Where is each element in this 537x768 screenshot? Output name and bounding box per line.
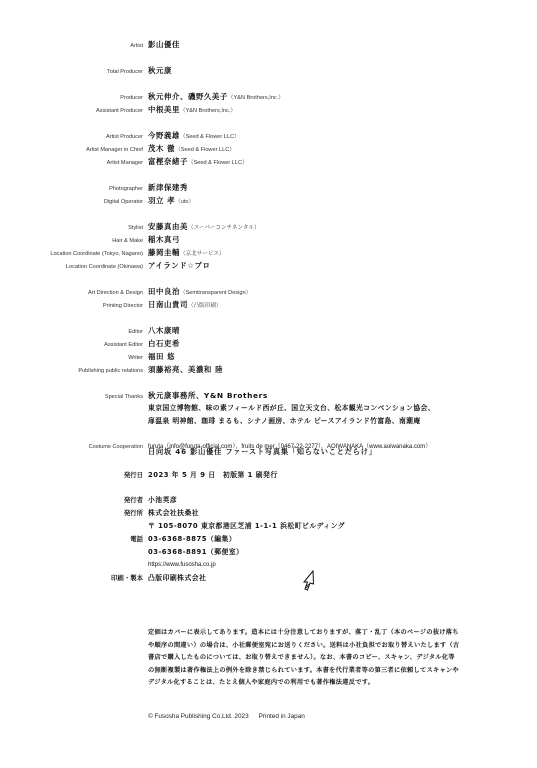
mouse-cursor-icon (302, 570, 316, 592)
website-link[interactable]: https://www.fusosha.co.jp (148, 559, 216, 572)
credit-row-assistant-editor: Assistant Editor白石吏希 (0, 337, 537, 350)
credit-label: Photographer (0, 183, 143, 196)
colophon-label: 電話 (0, 533, 143, 546)
credit-row-editor: Editor八木康晴 (0, 324, 537, 337)
credit-value: 東京国立博物館、味の素フィールド西が丘、国立天文台、松本観光コンベンション協会、 (148, 402, 435, 415)
credit-value: 羽立 孝（uto） (148, 194, 194, 209)
colophon: 発行日2023 年 5 月 9 日 初版第 1 刷発行 発行者小池英彦 発行所株… (0, 469, 537, 585)
credit-label: Editor (0, 326, 143, 339)
notice-line: 書店で購入したものについては、お取り替えできません）。なお、本書のコピー、スキャ… (148, 652, 510, 665)
colophon-row-publisher: 発行者小池英彦 (0, 494, 537, 507)
colophon-row-publish-date: 発行日2023 年 5 月 9 日 初版第 1 刷発行 (0, 469, 537, 482)
credit-row-artist-producer: Artist Producer今野義雄（Seed & Flower LLC） (0, 129, 537, 142)
credit-value: 秋元康 (148, 64, 172, 77)
credit-row-art-direction: Art Direction & Design田中良治（Semitranspare… (0, 285, 537, 298)
copyright-line: © Fusosha Publishing Co.Ltd. 2023Printed… (148, 713, 305, 720)
credit-label: Publishing public relations (0, 365, 143, 378)
credit-label: Costume Cooperation (0, 441, 143, 454)
credit-label: Total Producer (0, 66, 143, 79)
colophon-label: 発行日 (0, 469, 143, 482)
colophon-label: 印刷・製本 (0, 572, 143, 585)
credit-row-location-tokyo: Location Coordinate (Tokyo, Nagano)藤岡圭輔（… (0, 246, 537, 259)
credit-label: Hair & Make (0, 235, 143, 248)
legal-notice: 定価はカバーに表示してあります。造本には十分注意しておりますが、落丁・乱丁（本の… (148, 627, 510, 690)
credit-label: Digital Operator (0, 196, 143, 209)
colophon-value: 03-6368-8891（郵便室） (148, 546, 243, 559)
credit-row-stylist: Stylist安藤真由美（スーパーコンチネンタル） (0, 220, 537, 233)
notice-line: デジタル化することは、たとえ個人や家庭内での利用でも著作権法違反です。 (148, 677, 510, 690)
colophon-value: 〒 105-8070 東京都港区芝浦 1-1-1 浜松町ビルディング (148, 520, 345, 533)
credit-row-writer: Writer福田 悠 (0, 350, 537, 363)
credit-label: Printing Director (0, 300, 143, 313)
credit-row-producer: Producer秋元伸介、磯野久美子（Y&N Brothers,Inc.） (0, 90, 537, 103)
colophon-value: 03-6368-8875（編集） (148, 533, 236, 546)
credit-label: Artist Producer (0, 131, 143, 144)
colophon-value: 小池英彦 (148, 494, 177, 507)
credit-label: Art Direction & Design (0, 287, 143, 300)
colophon-label: 発行所 (0, 507, 143, 520)
colophon-value: 2023 年 5 月 9 日 初版第 1 刷発行 (148, 469, 278, 482)
colophon-row-website: https://www.fusosha.co.jp (0, 559, 537, 572)
book-title: 日向坂 46 影山優佳 ファースト写真集「知らないことだらけ」 (148, 447, 377, 457)
credit-value: 日南山貴司（凸版印刷） (148, 298, 222, 313)
credit-row-location-okinawa: Location Coordinate (Okinawa)アイランド☆プロ (0, 259, 537, 272)
credit-row-artist-manager: Artist Manager富樫奈緒子（Seed & Flower LLC） (0, 155, 537, 168)
credit-label: Artist Manager (0, 157, 143, 170)
credit-label: Producer (0, 92, 143, 105)
credit-label: Stylist (0, 222, 143, 235)
credit-value: 福田 悠 (148, 350, 175, 363)
colophon-row-phone-mail: 03-6368-8891（郵便室） (0, 546, 537, 559)
credit-row-hair-make: Hair & Make稲木真弓 (0, 233, 537, 246)
colophon-label: 発行者 (0, 494, 143, 507)
credit-row-artist-manager-in-chief: Artist Manager in Chief茂木 徹（Seed & Flowe… (0, 142, 537, 155)
credit-value: 中根美里（Y&N Brothers,Inc.） (148, 103, 236, 118)
colophon-row-phone-editorial: 電話03-6368-8875（編集） (0, 533, 537, 546)
credit-value: 新津保建秀 (148, 181, 188, 194)
credit-row-special-thanks-3: 扉温泉 明神館、珈琲 まるも、シナノ画房、ホテル ピースアイランド竹富島、南潮庵 (0, 415, 537, 428)
credit-label: Artist Manager in Chief (0, 144, 143, 157)
credit-label: Assistant Producer (0, 105, 143, 118)
credit-row-public-relations: Publishing public relations須藤裕亮、美濃和 陸 (0, 363, 537, 376)
notice-line: 定価はカバーに表示してあります。造本には十分注意しておりますが、落丁・乱丁（本の… (148, 627, 510, 640)
credit-value: 富樫奈緒子（Seed & Flower LLC） (148, 155, 248, 170)
notice-line: の無断複製は著作権法上の例外を除き禁じられています。本書を代行業者等の第三者に依… (148, 665, 510, 678)
credit-row-photographer: Photographer新津保建秀 (0, 181, 537, 194)
credits-list: Artist影山優佳 Total Producer秋元康 Producer秋元伸… (0, 38, 537, 454)
credit-row-digital-operator: Digital Operator羽立 孝（uto） (0, 194, 537, 207)
credit-label: Location Coordinate (Tokyo, Nagano) (0, 248, 143, 261)
credit-label: Location Coordinate (Okinawa) (0, 261, 143, 274)
colophon-row-address: 〒 105-8070 東京都港区芝浦 1-1-1 浜松町ビルディング (0, 520, 537, 533)
credit-row-artist: Artist影山優佳 (0, 38, 537, 51)
credit-value: 須藤裕亮、美濃和 陸 (148, 363, 223, 376)
colophon-value: 凸版印刷株式会社 (148, 572, 206, 585)
credit-label: Writer (0, 352, 143, 365)
credit-value: 稲木真弓 (148, 233, 180, 246)
notice-line: や順序の間違い）の場合は、小社郵便室宛にお送りください。送料は小社負担でお取り替… (148, 640, 510, 653)
credit-row-total-producer: Total Producer秋元康 (0, 64, 537, 77)
credit-label: Special Thanks (0, 391, 143, 404)
credit-row-special-thanks: Special Thanks秋元康事務所、Y&N Brothers (0, 389, 537, 402)
colophon-row-publishing-house: 発行所株式会社扶桑社 (0, 507, 537, 520)
credit-value: 扉温泉 明神館、珈琲 まるも、シナノ画房、ホテル ピースアイランド竹富島、南潮庵 (148, 415, 421, 428)
copyright-text: © Fusosha Publishing Co.Ltd. 2023 (148, 713, 249, 720)
printed-in-text: Printed in Japan (259, 713, 305, 720)
credit-value: アイランド☆プロ (148, 259, 211, 272)
credit-value: 白石吏希 (148, 337, 180, 350)
credit-label: Assistant Editor (0, 339, 143, 352)
credit-value: 影山優佳 (148, 38, 180, 51)
credit-value: 八木康晴 (148, 324, 180, 337)
credit-value: 秋元康事務所、Y&N Brothers (148, 389, 268, 402)
credit-label: Artist (0, 40, 143, 53)
colophon-value: 株式会社扶桑社 (148, 507, 199, 520)
colophon-row-printing: 印刷・製本凸版印刷株式会社 (0, 572, 537, 585)
credit-row-printing-director: Printing Director日南山貴司（凸版印刷） (0, 298, 537, 311)
